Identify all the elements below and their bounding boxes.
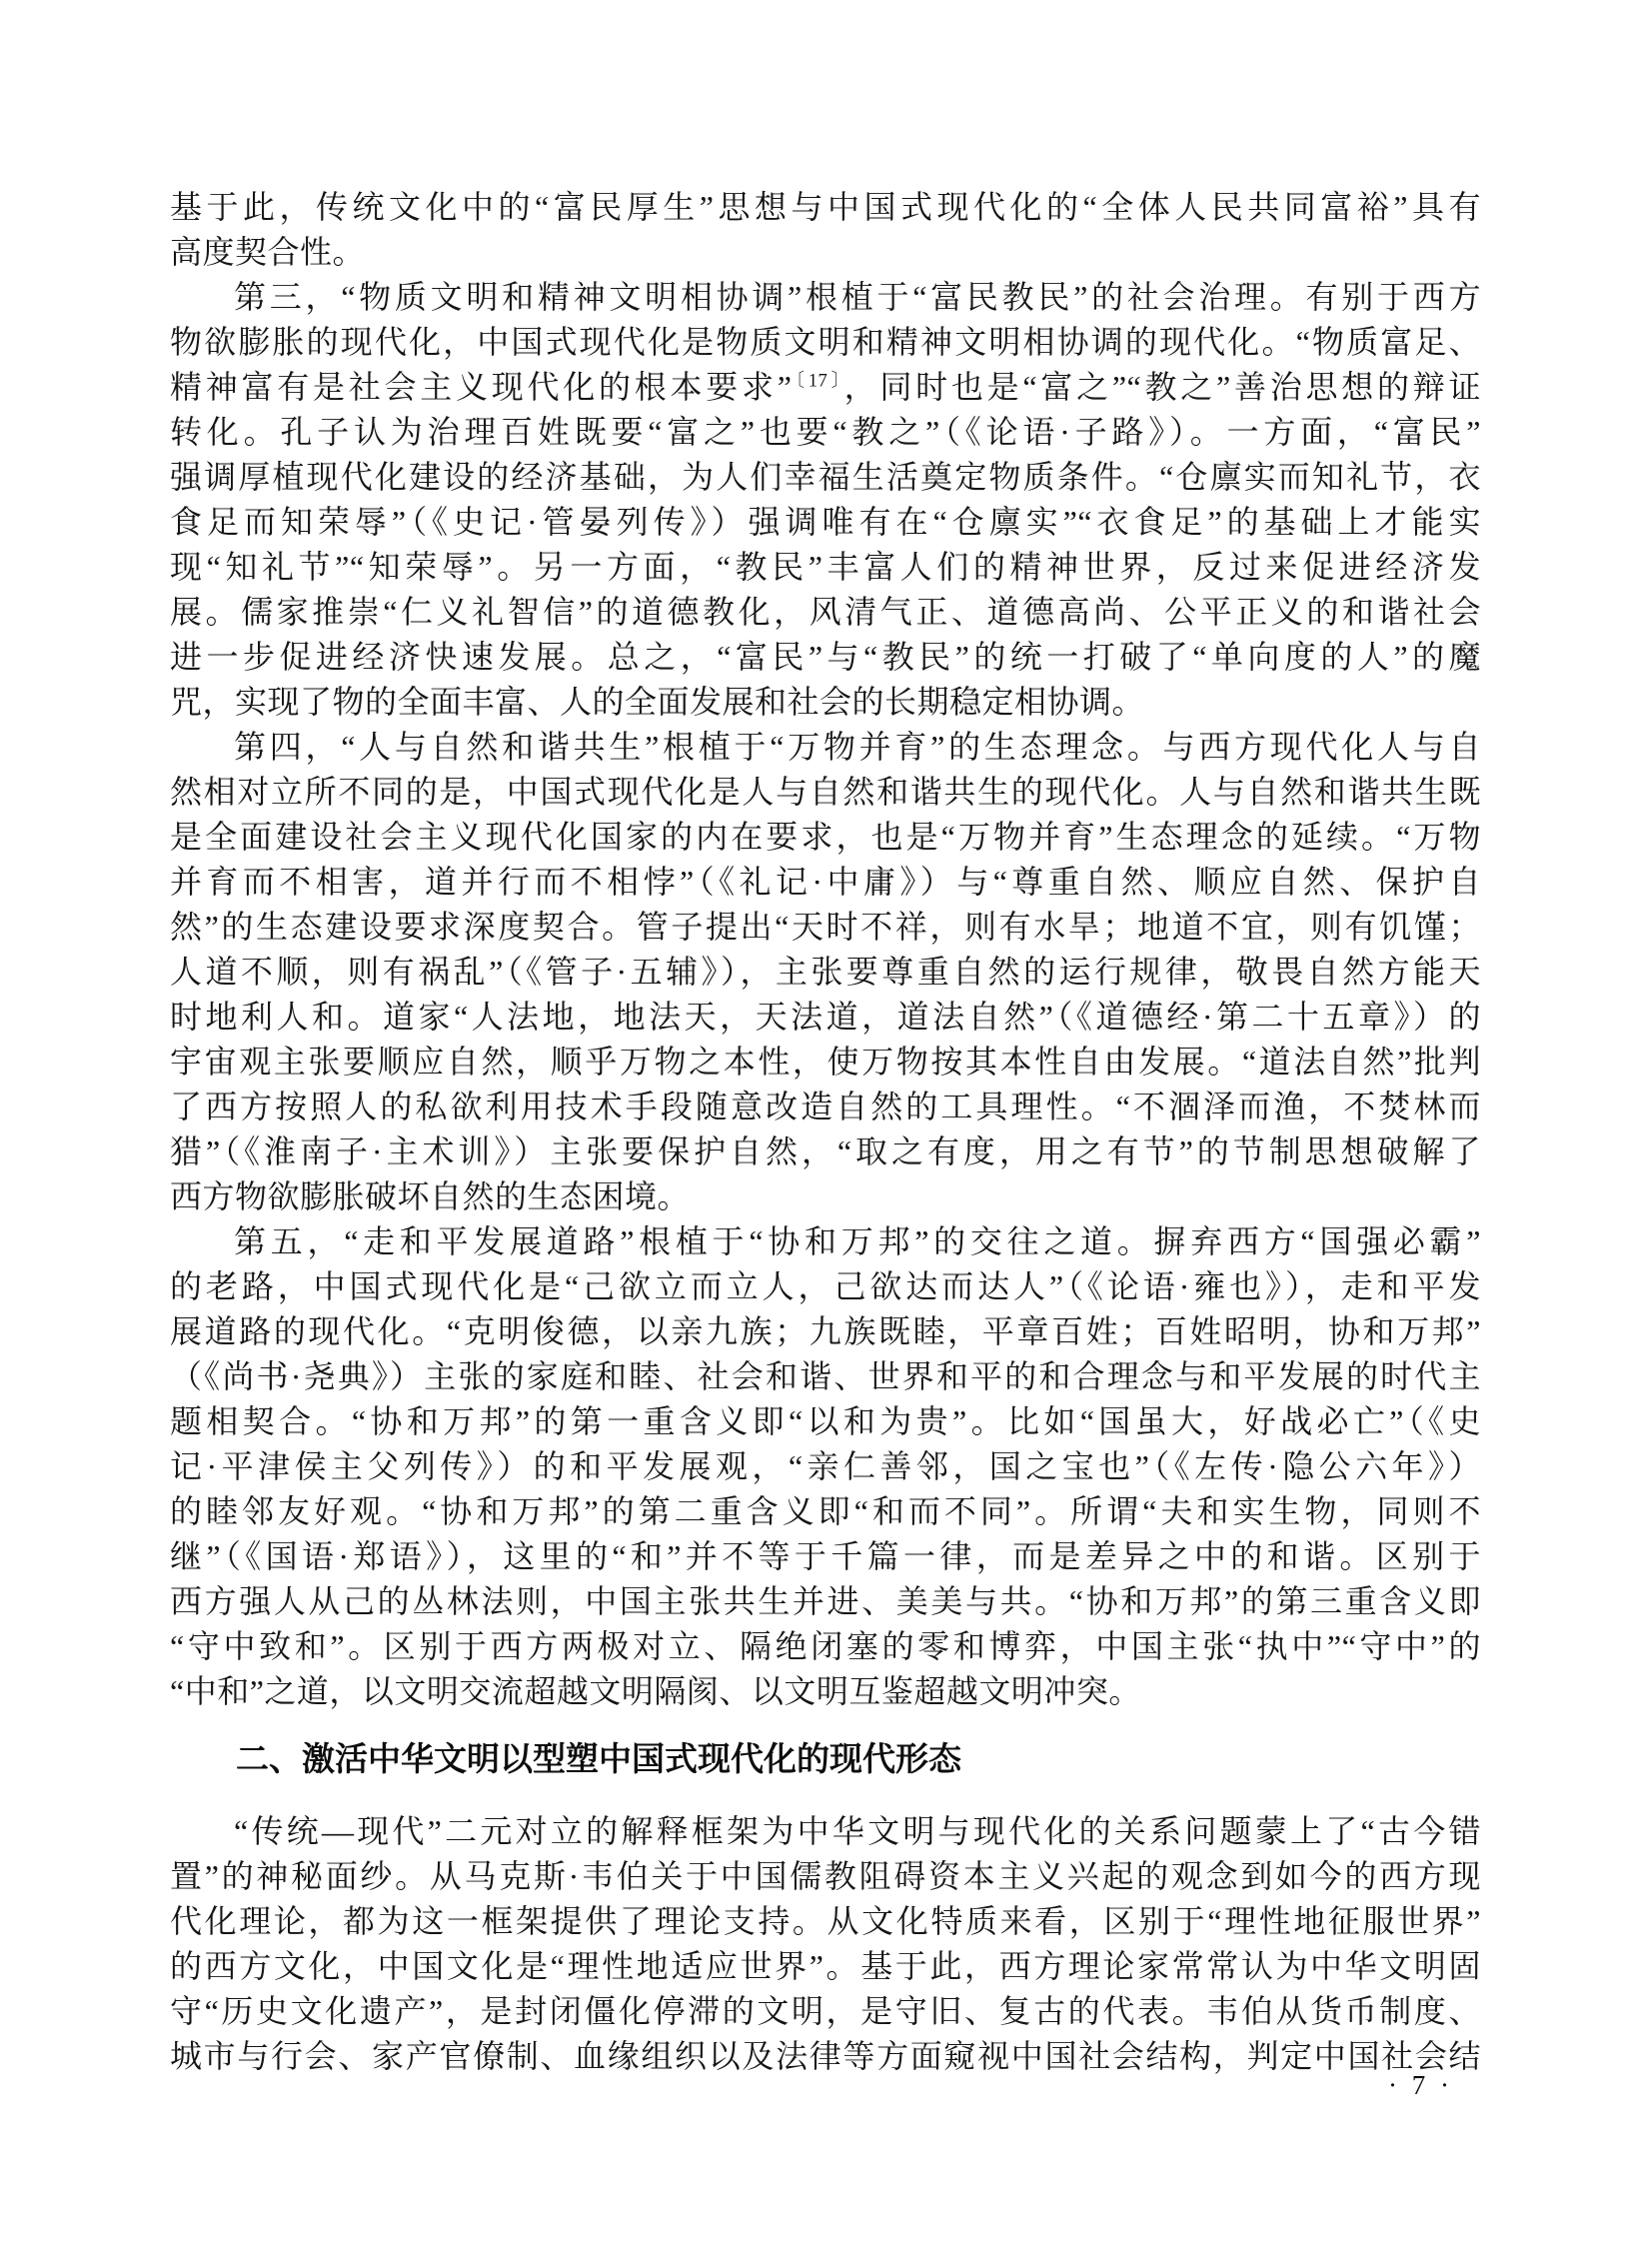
- text-line: 记·平津侯主父列传》）的和平发展观，“亲仁善邻，国之宝也”（《左传·隐公六年》）: [170, 1444, 1481, 1489]
- text-line: 第三，“物质文明和精神文明相协调”根植于“富民教民”的社会治理。有别于西方: [170, 275, 1481, 320]
- text-line: 置”的神秘面纱。从马克斯·韦伯关于中国儒教阻碍资本主义兴起的观念到如今的西方现: [170, 1854, 1481, 1899]
- text-line: 进一步促进经济快速发展。总之，“富民”与“教民”的统一打破了“单向度的人”的魔: [170, 635, 1481, 680]
- text-line: （《尚书·尧典》）主张的家庭和睦、社会和谐、世界和平的和合理念与和平发展的时代主: [170, 1354, 1481, 1399]
- text-line: “守中致和”。区别于西方两极对立、隔绝闭塞的零和博弈，中国主张“执中”“守中”的: [170, 1624, 1481, 1669]
- text-line: 是全面建设社会主义现代化国家的内在要求，也是“万物并育”生态理念的延续。“万物: [170, 815, 1481, 860]
- text-line: 基于此，传统文化中的“富民厚生”思想与中国式现代化的“全体人民共同富裕”具有: [170, 185, 1481, 230]
- text-line: “传统—现代”二元对立的解释框架为中华文明与现代化的关系问题蒙上了“古今错: [170, 1809, 1481, 1854]
- text-line: 了西方按照人的私欲利用技术手段随意改造自然的工具理性。“不涸泽而渔，不焚林而: [170, 1085, 1481, 1129]
- body-text-block-1: 基于此，传统文化中的“富民厚生”思想与中国式现代化的“全体人民共同富裕”具有 高…: [170, 185, 1481, 1714]
- text-line: 西方强人从己的丛林法则，中国主张共生并进、美美与共。“协和万邦”的第三重含义即: [170, 1579, 1481, 1624]
- text-line: “中和”之道，以文明交流超越文明隔阂、以文明互鉴超越文明冲突。: [170, 1669, 1481, 1714]
- text-line: 题相契合。“协和万邦”的第一重含义即“以和为贵”。比如“国虽大，好战必亡”（《史: [170, 1399, 1481, 1444]
- text-line: 然”的生态建设要求深度契合。管子提出“天时不祥，则有水旱；地道不宜，则有饥馑；: [170, 905, 1481, 950]
- text-line: 食足而知荣辱”（《史记·管晏列传》）强调唯有在“仓廪实”“衣食足”的基础上才能实: [170, 500, 1481, 545]
- text-line: 然相对立所不同的是，中国式现代化是人与自然和谐共生的现代化。人与自然和谐共生既: [170, 770, 1481, 815]
- text-line: 转化。孔子认为治理百姓既要“富之”也要“教之”（《论语·子路》）。一方面，“富民…: [170, 410, 1481, 455]
- text-segment: 精神富有是社会主义现代化的根本要求”: [170, 369, 793, 405]
- text-line: 继”（《国语·郑语》），这里的“和”并不等于千篇一律，而是差异之中的和谐。区别于: [170, 1534, 1481, 1579]
- text-line: 人道不顺，则有祸乱”（《管子·五辅》），主张要尊重自然的运行规律，敬畏自然方能天: [170, 950, 1481, 995]
- section-heading: 二、激活中华文明以型塑中国式现代化的现代形态: [170, 1735, 1481, 1783]
- text-line: 并育而不相害，道并行而不相悖”（《礼记·中庸》）与“尊重自然、顺应自然、保护自: [170, 860, 1481, 905]
- text-line: 代化理论，都为这一框架提供了理论支持。从文化特质来看，区别于“理性地征服世界”: [170, 1899, 1481, 1944]
- text-line: 展道路的现代化。“克明俊德，以亲九族；九族既睦，平章百姓；百姓昭明，协和万邦”: [170, 1309, 1481, 1354]
- page-number: · 7 ·: [170, 2069, 1453, 2101]
- text-line: 时地利人和。道家“人法地，地法天，天法道，道法自然”（《道德经·第二十五章》）的: [170, 995, 1481, 1040]
- text-line: 高度契合性。: [170, 230, 1481, 275]
- text-line: 的西方文化，中国文化是“理性地适应世界”。基于此，西方理论家常常认为中华文明固: [170, 1944, 1481, 1989]
- text-line: 第五，“走和平发展道路”根植于“协和万邦”的交往之道。摒弃西方“国强必霸”: [170, 1219, 1481, 1264]
- text-line: 强调厚植现代化建设的经济基础，为人们幸福生活奠定物质条件。“仓廪实而知礼节，衣: [170, 455, 1481, 500]
- body-text-block-2: “传统—现代”二元对立的解释框架为中华文明与现代化的关系问题蒙上了“古今错 置”…: [170, 1809, 1481, 2079]
- text-line: 宇宙观主张要顺应自然，顺乎万物之本性，使万物按其本性自由发展。“道法自然”批判: [170, 1040, 1481, 1085]
- text-line: 的睦邻友好观。“协和万邦”的第二重含义即“和而不同”。所谓“夫和实生物，同则不: [170, 1489, 1481, 1534]
- text-line: 精神富有是社会主义现代化的根本要求”〔17〕，同时也是“富之”“教之”善治思想的…: [170, 365, 1481, 410]
- text-line: 第四，“人与自然和谐共生”根植于“万物并育”的生态理念。与西方现代化人与自: [170, 725, 1481, 770]
- text-line: 西方物欲膨胀破坏自然的生态困境。: [170, 1174, 1481, 1219]
- text-line: 守“历史文化遗产”，是封闭僵化停滞的文明，是守旧、复古的代表。韦伯从货币制度、: [170, 1989, 1481, 2034]
- text-line: 的老路，中国式现代化是“己欲立而立人，己欲达而达人”（《论语·雍也》），走和平发: [170, 1264, 1481, 1309]
- text-line: 物欲膨胀的现代化，中国式现代化是物质文明和精神文明相协调的现代化。“物质富足、: [170, 320, 1481, 365]
- text-segment: ，同时也是“富之”“教之”善治思想的辩证: [844, 369, 1481, 405]
- text-line: 展。儒家推崇“仁义礼智信”的道德教化，风清气正、道德高尚、公平正义的和谐社会: [170, 590, 1481, 635]
- text-line: 猎”（《淮南子·主术训》）主张要保护自然，“取之有度，用之有节”的节制思想破解了: [170, 1129, 1481, 1174]
- text-line: 咒，实现了物的全面丰富、人的全面发展和社会的长期稳定相协调。: [170, 680, 1481, 725]
- document-page: 基于此，传统文化中的“富民厚生”思想与中国式现代化的“全体人民共同富裕”具有 高…: [0, 0, 1652, 2243]
- text-line: 现“知礼节”“知荣辱”。另一方面，“教民”丰富人们的精神世界，反过来促进经济发: [170, 545, 1481, 590]
- footnote-ref-17: 〔17〕: [793, 370, 844, 391]
